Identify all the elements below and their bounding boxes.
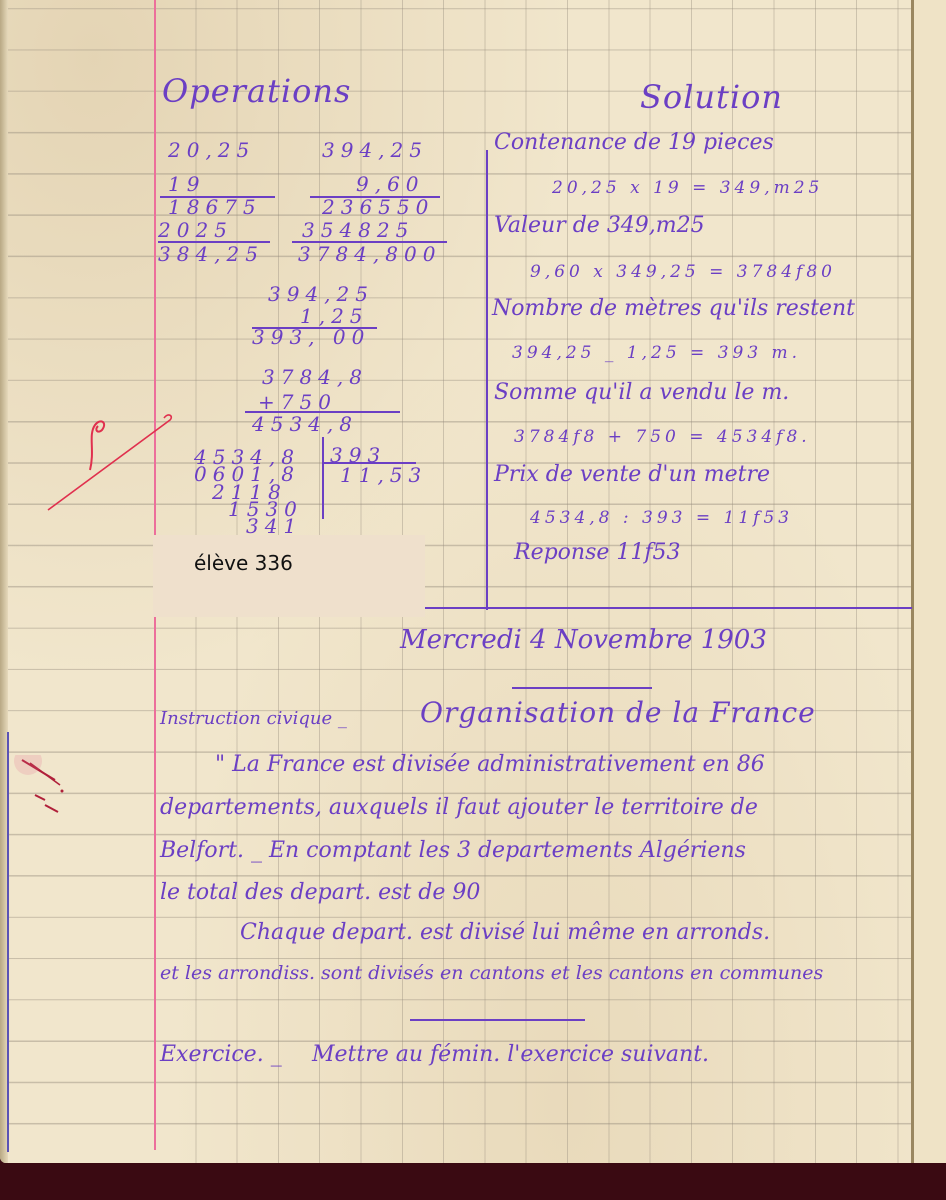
- column-divider: [486, 150, 488, 610]
- teacher-grade-mark-icon: [40, 400, 180, 520]
- lesson-title: Organisation de la France: [420, 696, 816, 729]
- mult1-result: 384,25: [158, 242, 264, 266]
- solution-line: Valeur de 349,m25: [494, 213, 705, 238]
- mult2-multiplier: 9,60: [356, 172, 425, 196]
- mult2-partial2: 354825: [302, 218, 414, 242]
- solution-title: Solution: [640, 78, 783, 116]
- mult2-multiplicand: 394,25: [322, 138, 428, 162]
- lesson-line: Chaque depart. est divisé lui même en ar…: [240, 920, 770, 945]
- next-page-edge: [914, 0, 946, 1163]
- lesson-subject: Instruction civique _: [160, 708, 347, 729]
- exercise-text: Mettre au fémin. l'exercice suivant.: [312, 1042, 709, 1067]
- mult2-result: 3784,800: [298, 242, 441, 266]
- lesson-line: le total des depart. est de 90: [160, 880, 480, 905]
- mult2-partial1: 236550: [322, 195, 434, 219]
- add-first: 3784,8: [262, 365, 368, 389]
- exercise-label: Exercice. _: [160, 1042, 282, 1067]
- sub-result: 393, 00: [252, 325, 370, 349]
- solution-line: Somme qu'il a vendu le m.: [494, 380, 789, 405]
- operations-title: Operations: [162, 72, 351, 110]
- mult1-multiplier: 19: [168, 172, 205, 196]
- left-blue-stroke: [7, 732, 9, 1152]
- lesson-line: et les arrondiss. sont divisés en canton…: [160, 962, 823, 984]
- student-label-text: élève 336: [194, 551, 293, 575]
- solution-line: 3784f8 + 750 = 4534f8.: [514, 427, 811, 447]
- solution-line: Prix de vente d'un metre: [494, 462, 770, 487]
- red-ink-smudge-icon: [10, 755, 70, 815]
- solution-line: 4534,8 : 393 = 11f53: [530, 508, 793, 528]
- add-result: 4534,8: [252, 412, 358, 436]
- solution-line: Nombre de mètres qu'ils restent: [492, 296, 855, 321]
- solution-line: 20,25 x 19 = 349,m25: [552, 178, 823, 198]
- student-label-overlay: élève 336: [153, 535, 425, 617]
- section-divider-rule: [425, 607, 912, 609]
- mult1-multiplicand: 20,25: [168, 138, 255, 162]
- solution-line: 9,60 x 349,25 = 3784f80: [530, 262, 836, 282]
- lesson-line: departements, auxquels il faut ajouter l…: [160, 795, 758, 820]
- division-vertical-bar: [322, 437, 324, 519]
- mult1-partial2: 2025: [158, 218, 233, 242]
- date-heading: Mercredi 4 Novembre 1903: [400, 625, 767, 655]
- notebook-page: Operations 20,25 19 18675 2025 384,25 39…: [0, 0, 946, 1163]
- solution-answer: Reponse 11f53: [514, 540, 681, 565]
- lesson-line: Belfort. _ En comptant les 3 departement…: [160, 838, 746, 863]
- sub-minuend: 394,25: [268, 282, 374, 306]
- solution-line: 394,25 _ 1,25 = 393 m.: [512, 343, 801, 363]
- division-quotient: 11,53: [340, 463, 427, 487]
- date-underline: [512, 687, 652, 689]
- lesson-end-rule: [410, 1019, 585, 1021]
- lesson-line: " La France est divisée administrativeme…: [215, 752, 765, 777]
- mult1-partial1: 18675: [168, 195, 262, 219]
- solution-line: Contenance de 19 pieces: [494, 130, 774, 155]
